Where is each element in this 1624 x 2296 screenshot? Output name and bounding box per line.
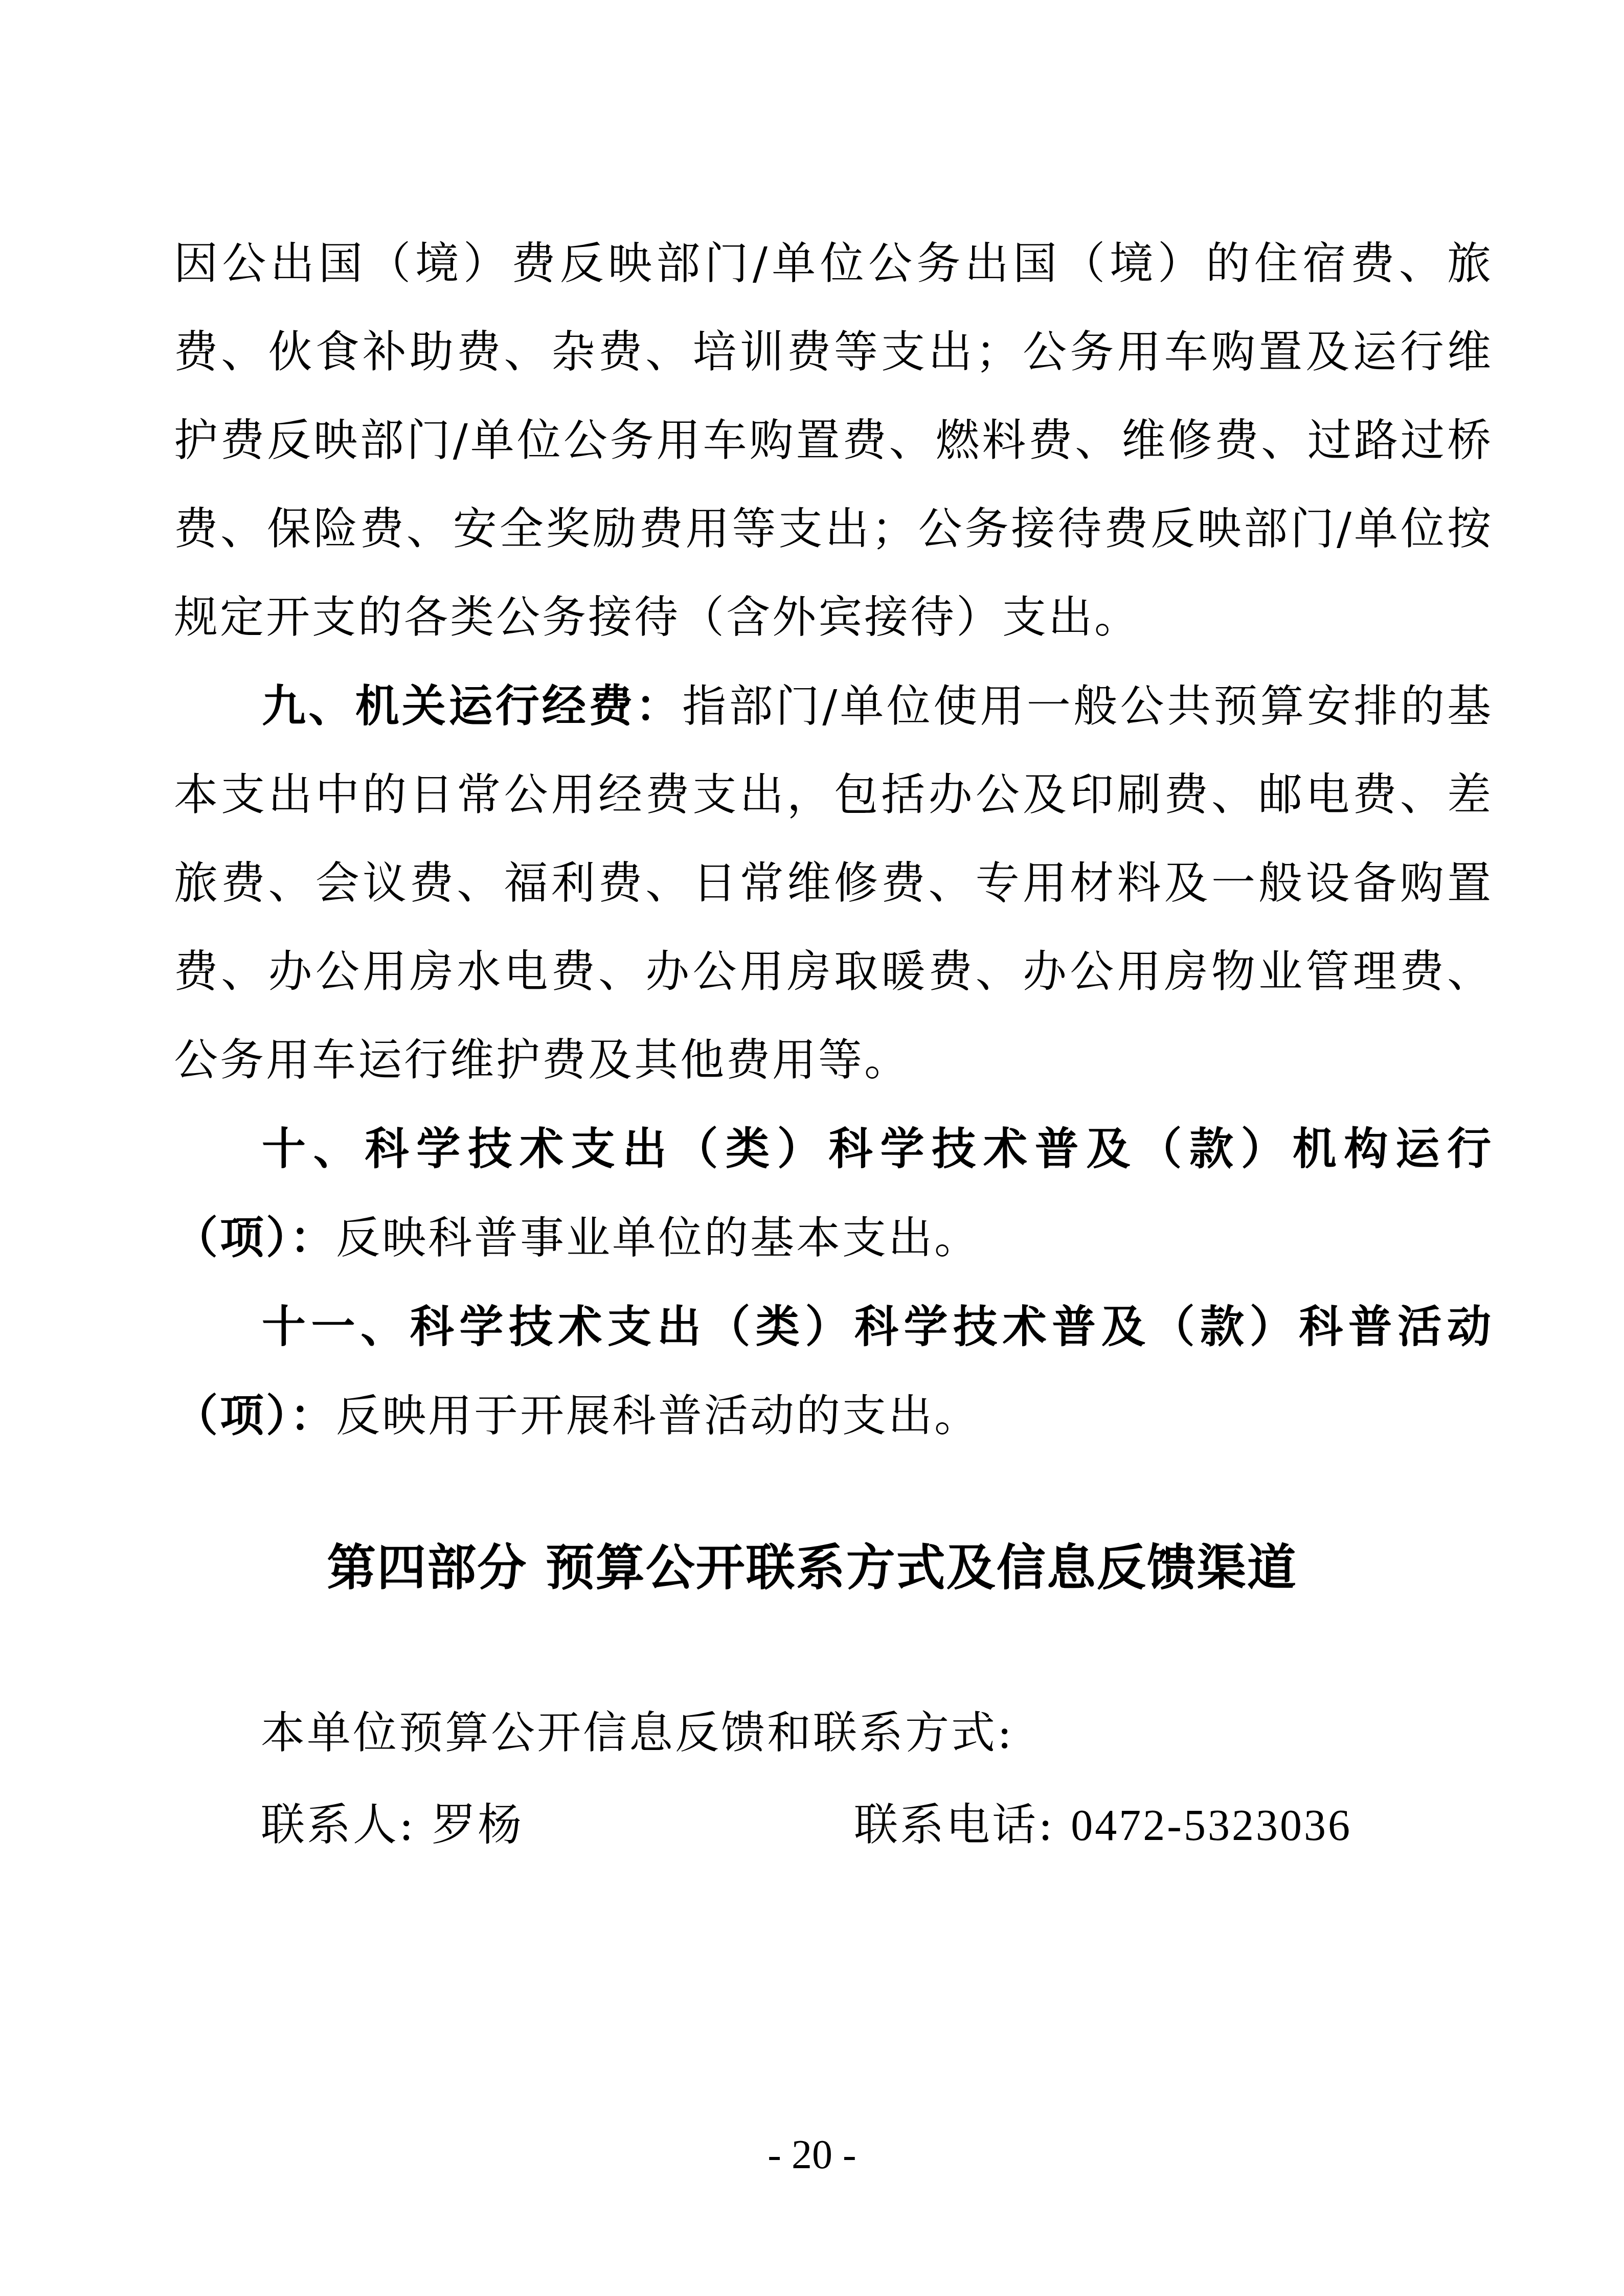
contact-phone: 0472-5323036 (1071, 1801, 1352, 1850)
contact-phone-label: 联系电话: (854, 1800, 1071, 1851)
paragraph-heading: 九、机关运行经费： (262, 680, 682, 732)
paragraph-operating-expenses: 九、机关运行经费：指部门/单位使用一般公共预算安排的基本支出中的日常公用经费支出… (174, 662, 1493, 1105)
paragraph-text: 因公出国（境）费反映部门/单位公务出国（境）的住宿费、旅费、伙食补助费、杂费、培… (174, 238, 1493, 643)
paragraph-text: 反映用于开展科普活动的支出。 (336, 1391, 980, 1442)
paragraph-text: 指部门/单位使用一般公共预算安排的基本支出中的日常公用经费支出，包括办公及印刷费… (174, 681, 1493, 1086)
body-text: 因公出国（境）费反映部门/单位公务出国（境）的住宿费、旅费、伙食补助费、杂费、培… (174, 220, 1493, 1461)
contact-phone-row: 联系电话: 0472-5323036 (854, 1789, 1352, 1853)
contact-person: 罗杨 (432, 1800, 524, 1851)
section-title: 第四部分 预算公开联系方式及信息反馈渠道 (0, 1529, 1624, 1599)
contact-person-row: 联系人: 罗杨 (261, 1789, 524, 1853)
contact-intro: 本单位预算公开信息反馈和联系方式: (261, 1697, 1014, 1761)
document-page: 因公出国（境）费反映部门/单位公务出国（境）的住宿费、旅费、伙食补助费、杂费、培… (0, 0, 1624, 2296)
paragraph-public-funds: 因公出国（境）费反映部门/单位公务出国（境）的住宿费、旅费、伙食补助费、杂费、培… (174, 220, 1493, 662)
paragraph-text: 反映科普事业单位的基本支出。 (336, 1213, 980, 1264)
contact-person-label: 联系人: (261, 1800, 432, 1851)
paragraph-science-institution: 十、科学技术支出（类）科学技术普及（款）机构运行（项）：反映科普事业单位的基本支… (174, 1105, 1493, 1283)
page-number: - 20 - (0, 2132, 1624, 2178)
paragraph-science-activities: 十一、科学技术支出（类）科学技术普及（款）科普活动（项）：反映用于开展科普活动的… (174, 1283, 1493, 1461)
